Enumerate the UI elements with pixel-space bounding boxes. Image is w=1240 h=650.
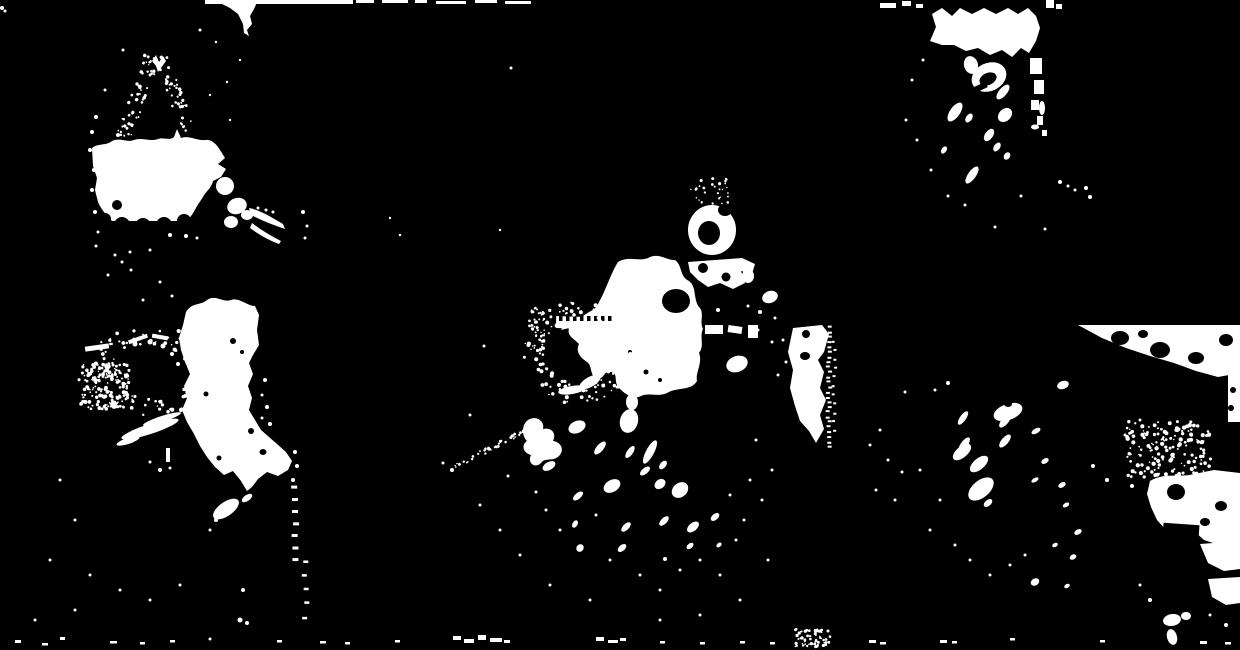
band-right-specks — [257, 67, 513, 240]
figure-canvas — [0, 0, 1240, 650]
lower-left-specks — [34, 479, 250, 641]
speckle-arc-right — [159, 55, 192, 132]
corner-specks — [0, 6, 7, 13]
mass-drip — [626, 394, 638, 410]
donut-speckles — [690, 177, 729, 205]
shelf-dots — [716, 305, 777, 332]
mid-top-fragments — [705, 325, 758, 338]
micrograph-svg — [0, 0, 1240, 650]
branch-streaks — [116, 410, 182, 448]
band-hole — [112, 200, 122, 210]
br-mid-dashes — [1029, 426, 1082, 589]
speckle-arc-left — [117, 53, 159, 137]
cell-grains — [566, 407, 722, 553]
vase-dash-column-2 — [302, 560, 310, 619]
top-edge-dashes — [205, 0, 1062, 9]
vase-dash-column — [291, 486, 299, 561]
right-strip-dither-2 — [832, 341, 838, 432]
cell-cluster-arm — [541, 459, 557, 473]
right-strip-dither — [826, 326, 833, 448]
band-tail-streak-2 — [250, 223, 281, 244]
branch-sliver — [166, 448, 170, 462]
branch-dots — [149, 461, 172, 473]
top-notch-wedge — [220, 0, 258, 36]
fan-streaks — [940, 83, 1045, 186]
bottom-dashes — [15, 635, 1231, 646]
shelf-lump — [742, 269, 780, 305]
bottom-right-dither — [794, 628, 831, 648]
br-lower-blob — [1208, 577, 1240, 605]
br-fragments — [1162, 612, 1191, 646]
mid-top-blob — [724, 353, 750, 376]
canopy-strip — [1030, 58, 1047, 136]
vase-blob — [179, 298, 292, 491]
band-right-lobes — [216, 177, 253, 228]
cell-cluster — [523, 418, 562, 465]
band-below-specks — [107, 233, 243, 310]
br-big-mass-bay — [1163, 523, 1200, 540]
br-grains — [950, 379, 1070, 508]
band-blob — [92, 129, 226, 221]
br-grain-notch — [1004, 401, 1012, 407]
right-strip-specks — [771, 339, 788, 377]
right-strip — [788, 325, 829, 443]
br-transition-speckle — [1125, 420, 1212, 480]
br-edge-strip — [1228, 372, 1240, 422]
canopy — [930, 8, 1040, 57]
br-lower-shelf — [1200, 541, 1240, 571]
